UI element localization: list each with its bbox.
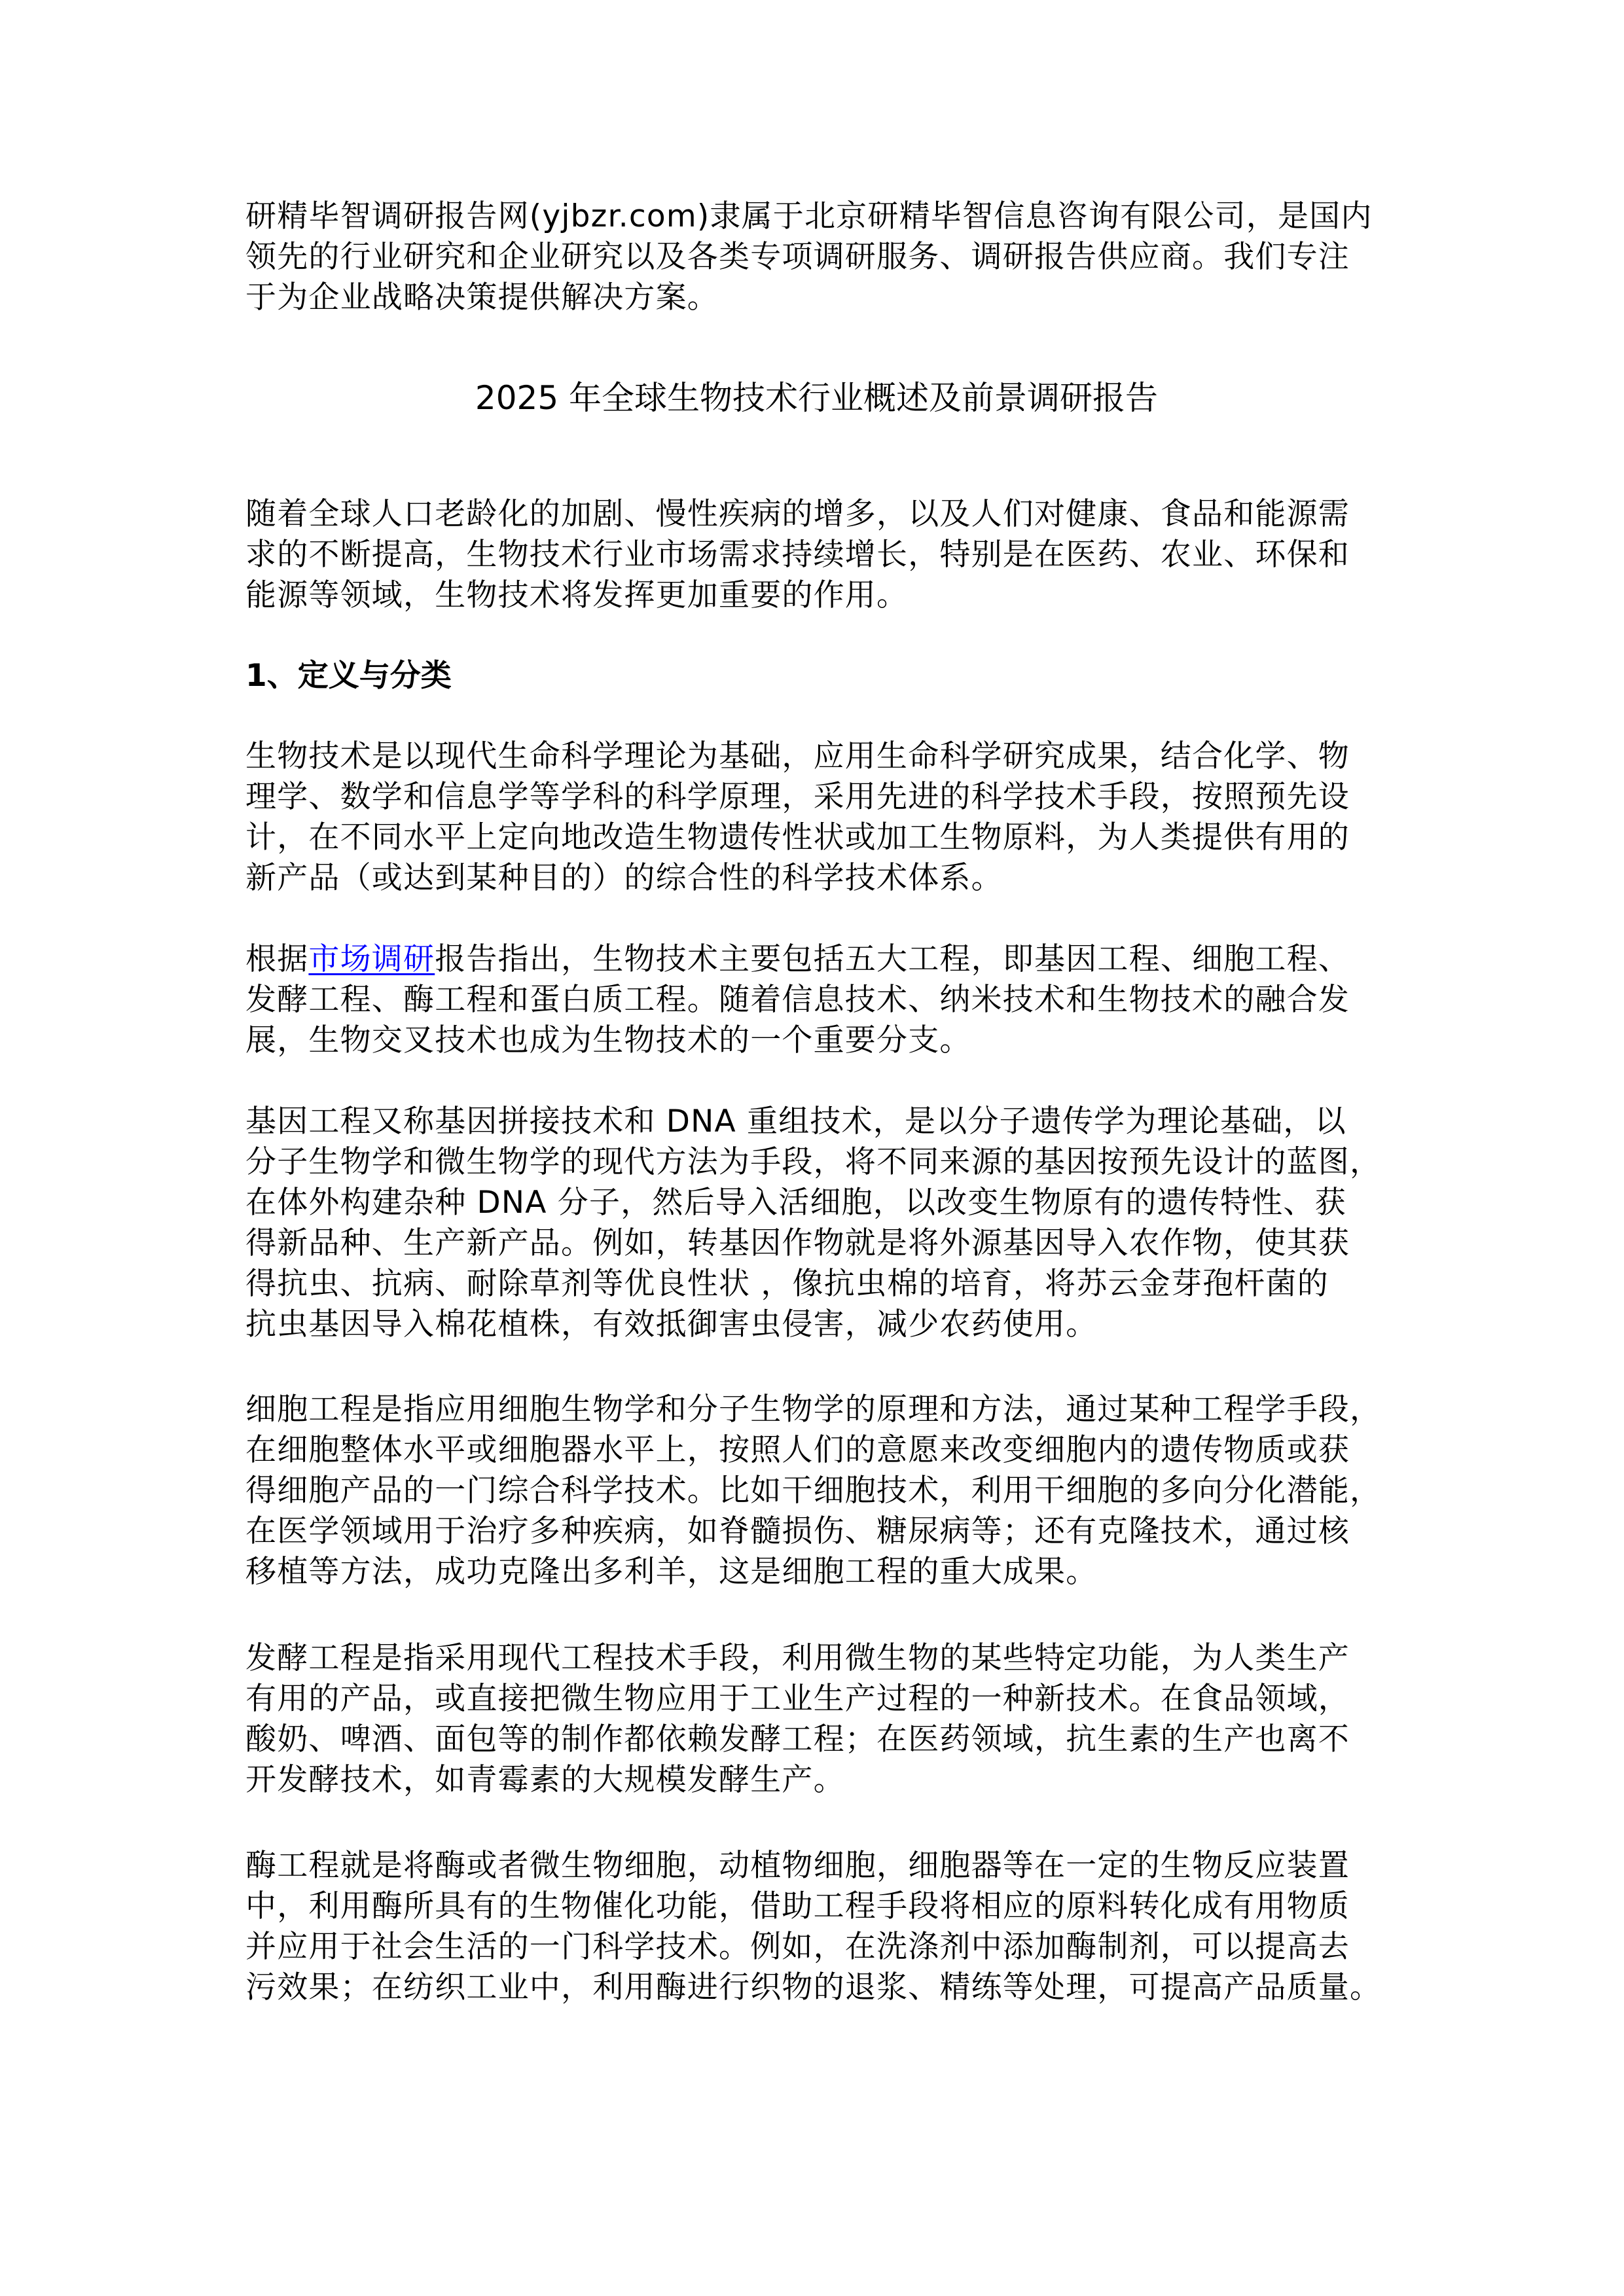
gene-line-6: 抗虫基因导入棉花植株，有效抵御害虫侵害，减少农药使用。: [245, 1304, 1381, 1345]
classification-suffix: 报告指出，生物技术主要包括五大工程，即基因工程、细胞工程、: [435, 941, 1350, 977]
cell-line-5: 移植等方法，成功克隆出多利羊，这是细胞工程的重大成果。: [245, 1552, 1381, 1592]
intro-line-3: 于为企业战略决策提供解决方案。: [245, 278, 1373, 318]
definition-paragraph: 生物技术是以现代生命科学理论为基础，应用生命科学研究成果，结合化学、物 理学、数…: [245, 736, 1350, 899]
fermentation-line-1: 发酵工程是指采用现代工程技术手段，利用微生物的某些特定功能，为人类生产: [245, 1638, 1350, 1679]
gene-line-2: 分子生物学和微生物学的现代方法为手段，将不同来源的基因按预先设计的蓝图，: [245, 1142, 1381, 1183]
summary-line-3: 能源等领域，生物技术将发挥更加重要的作用。: [245, 575, 1350, 616]
fermentation-line-3: 酸奶、啤酒、面包等的制作都依赖发酵工程；在医药领域，抗生素的生产也离不: [245, 1719, 1350, 1760]
classification-line-1: 根据市场调研报告指出，生物技术主要包括五大工程，即基因工程、细胞工程、: [245, 939, 1350, 980]
gene-line-3: 在体外构建杂种 DNA 分子，然后导入活细胞，以改变生物原有的遗传特性、获: [245, 1183, 1381, 1223]
definition-line-2: 理学、数学和信息学等学科的科学原理，采用先进的科学技术手段，按照预先设: [245, 777, 1350, 817]
summary-line-1: 随着全球人口老龄化的加剧、慢性疾病的增多，以及人们对健康、食品和能源需: [245, 494, 1350, 535]
summary-paragraph: 随着全球人口老龄化的加剧、慢性疾病的增多，以及人们对健康、食品和能源需 求的不断…: [245, 494, 1350, 616]
cell-line-2: 在细胞整体水平或细胞器水平上，按照人们的意愿来改变细胞内的遗传物质或获: [245, 1430, 1381, 1471]
cell-engineering-paragraph: 细胞工程是指应用细胞生物学和分子生物学的原理和方法，通过某种工程学手段， 在细胞…: [245, 1390, 1381, 1592]
report-title: 2025 年全球生物技术行业概述及前景调研报告: [245, 378, 1388, 418]
cell-line-3: 得细胞产品的一门综合科学技术。比如干细胞技术，利用干细胞的多向分化潜能，: [245, 1471, 1381, 1511]
gene-line-4: 得新品种、生产新产品。例如，转基因作物就是将外源基因导入农作物，使其获: [245, 1223, 1381, 1264]
definition-line-1: 生物技术是以现代生命科学理论为基础，应用生命科学研究成果，结合化学、物: [245, 736, 1350, 777]
intro-line-2: 领先的行业研究和企业研究以及各类专项调研服务、调研报告供应商。我们专注: [245, 237, 1373, 278]
definition-line-3: 计，在不同水平上定向地改造生物遗传性状或加工生物原料，为人类提供有用的: [245, 817, 1350, 858]
gene-line-5: 得抗虫、抗病、耐除草剂等优良性状 ，像抗虫棉的培育，将苏云金芽孢杆菌的: [245, 1264, 1381, 1304]
classification-line-3: 展，生物交叉技术也成为生物技术的一个重要分支。: [245, 1020, 1350, 1061]
enzyme-line-1: 酶工程就是将酶或者微生物细胞，动植物细胞，细胞器等在一定的生物反应装置: [245, 1846, 1381, 1886]
enzyme-line-3: 并应用于社会生活的一门科学技术。例如，在洗涤剂中添加酶制剂，可以提高去: [245, 1927, 1381, 1967]
gene-line-1: 基因工程又称基因拼接技术和 DNA 重组技术，是以分子遗传学为理论基础，以: [245, 1102, 1381, 1142]
section-heading-definition: 1、定义与分类: [245, 656, 452, 696]
classification-prefix: 根据: [245, 941, 308, 977]
summary-line-2: 求的不断提高，生物技术行业市场需求持续增长，特别是在医药、农业、环保和: [245, 535, 1350, 575]
enzyme-line-2: 中，利用酶所具有的生物催化功能，借助工程手段将相应的原料转化成有用物质: [245, 1886, 1381, 1927]
fermentation-engineering-paragraph: 发酵工程是指采用现代工程技术手段，利用微生物的某些特定功能，为人类生产 有用的产…: [245, 1638, 1350, 1801]
classification-paragraph: 根据市场调研报告指出，生物技术主要包括五大工程，即基因工程、细胞工程、 发酵工程…: [245, 939, 1350, 1061]
cell-line-4: 在医学领域用于治疗多种疾病，如脊髓损伤、糖尿病等；还有克隆技术，通过核: [245, 1511, 1381, 1552]
fermentation-line-4: 开发酵技术，如青霉素的大规模发酵生产。: [245, 1760, 1350, 1801]
market-research-link[interactable]: 市场调研: [308, 941, 435, 977]
enzyme-engineering-paragraph: 酶工程就是将酶或者微生物细胞，动植物细胞，细胞器等在一定的生物反应装置 中，利用…: [245, 1846, 1381, 2008]
definition-line-4: 新产品（或达到某种目的）的综合性的科学技术体系。: [245, 858, 1350, 899]
gene-engineering-paragraph: 基因工程又称基因拼接技术和 DNA 重组技术，是以分子遗传学为理论基础，以 分子…: [245, 1102, 1381, 1345]
intro-paragraph: 研精毕智调研报告网(yjbzr.com)隶属于北京研精毕智信息咨询有限公司，是国…: [245, 196, 1373, 318]
intro-line-1: 研精毕智调研报告网(yjbzr.com)隶属于北京研精毕智信息咨询有限公司，是国…: [245, 196, 1373, 237]
fermentation-line-2: 有用的产品，或直接把微生物应用于工业生产过程的一种新技术。在食品领域，: [245, 1679, 1350, 1719]
cell-line-1: 细胞工程是指应用细胞生物学和分子生物学的原理和方法，通过某种工程学手段，: [245, 1390, 1381, 1430]
classification-line-2: 发酵工程、酶工程和蛋白质工程。随着信息技术、纳米技术和生物技术的融合发: [245, 980, 1350, 1020]
enzyme-line-4: 污效果；在纺织工业中，利用酶进行织物的退浆、精练等处理，可提高产品质量。: [245, 1967, 1381, 2008]
